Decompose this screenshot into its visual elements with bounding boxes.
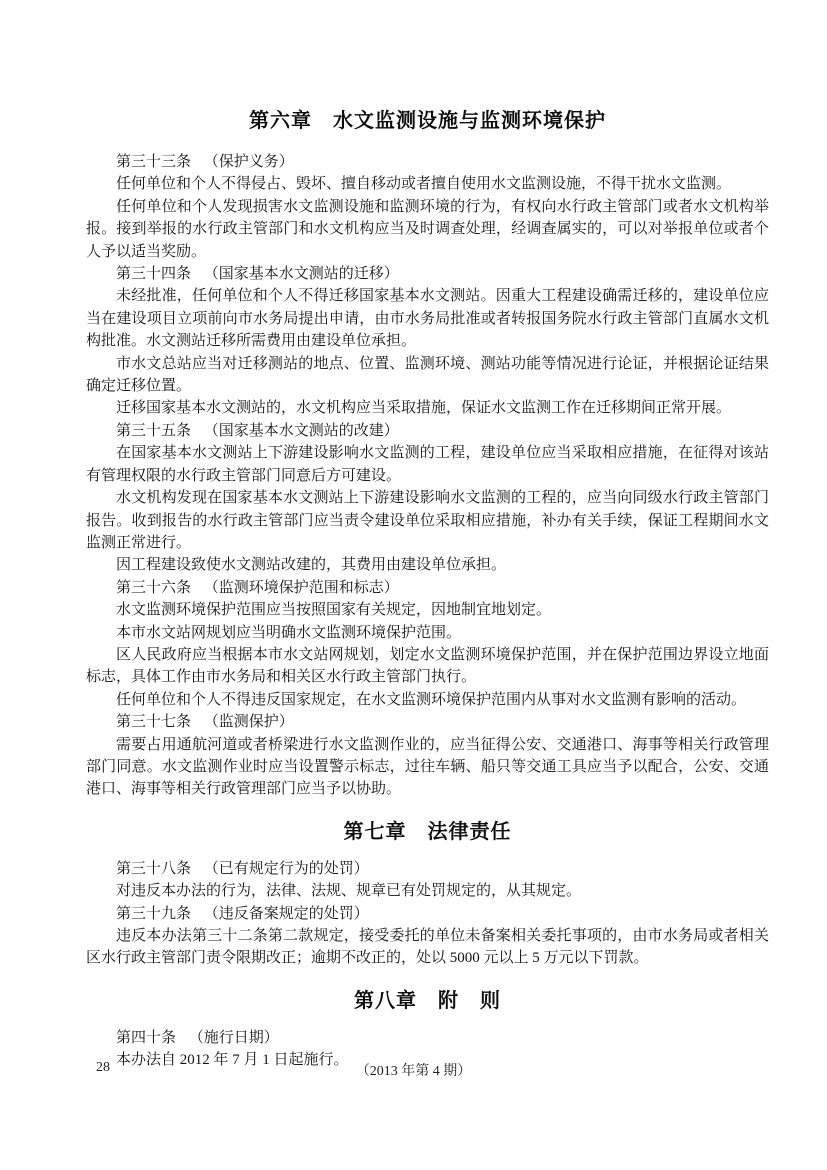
paragraph: 任何单位和个人不得违反国家规定，在水文监测环境保护范围内从事对水文监测有影响的活… — [86, 689, 769, 711]
chapter-7-title: 第七章 法律责任 — [86, 815, 769, 844]
article-number: 第四十条 — [116, 1030, 176, 1046]
article-subject: （监测环境保护范围和标志） — [204, 580, 399, 596]
article-number: 第三十五条 — [116, 423, 191, 439]
paragraph: 需要占用通航河道或者桥梁进行水文监测作业的，应当征得公安、交通港口、海事等相关行… — [86, 734, 769, 801]
paragraph: 违反本办法第三十二条第二款规定，接受委托的单位未备案相关委托事项的，由市水务局或… — [86, 925, 769, 970]
paragraph: 未经批准，任何单位和个人不得迁移国家基本水文测站。因重大工程建设确需迁移的，建设… — [86, 285, 769, 352]
article-heading: 第三十四条（国家基本水文测站的迁移） — [86, 263, 769, 285]
article-heading: 第四十条（施行日期） — [86, 1027, 769, 1049]
article-39: 第三十九条（违反备案规定的处罚） 违反本办法第三十二条第二款规定，接受委托的单位… — [86, 903, 769, 970]
paragraph: 任何单位和个人发现损害水文监测设施和监测环境的行为，有权向水行政主管部门或者水文… — [86, 196, 769, 263]
journal-issue: （2013 年第 4 期） — [0, 1060, 827, 1080]
article-number: 第三十六条 — [116, 580, 191, 596]
article-number: 第三十三条 — [116, 154, 191, 170]
article-number: 第三十四条 — [116, 266, 191, 282]
article-34: 第三十四条（国家基本水文测站的迁移） 未经批准，任何单位和个人不得迁移国家基本水… — [86, 263, 769, 420]
article-subject: （监测保护） — [204, 714, 294, 730]
document-page: 第六章 水文监测设施与监测环境保护 第三十三条（保护义务） 任何单位和个人不得侵… — [0, 0, 827, 1170]
article-number: 第三十八条 — [116, 861, 191, 877]
page-footer: 28 （2013 年第 4 期） — [0, 1060, 827, 1084]
paragraph: 因工程建设致使水文测站改建的，其费用由建设单位承担。 — [86, 554, 769, 576]
article-35: 第三十五条（国家基本水文测站的改建） 在国家基本水文测站上下游建设影响水文监测的… — [86, 420, 769, 577]
paragraph: 市水文总站应当对迁移测站的地点、位置、监测环境、测站功能等情况进行论证，并根据论… — [86, 353, 769, 398]
paragraph: 迁移国家基本水文测站的，水文机构应当采取措施，保证水文监测工作在迁移期间正常开展… — [86, 397, 769, 419]
article-subject: （国家基本水文测站的改建） — [204, 423, 399, 439]
article-heading: 第三十五条（国家基本水文测站的改建） — [86, 420, 769, 442]
paragraph: 对违反本办法的行为，法律、法规、规章已有处罚规定的，从其规定。 — [86, 880, 769, 902]
article-heading: 第三十九条（违反备案规定的处罚） — [86, 903, 769, 925]
article-37: 第三十七条（监测保护） 需要占用通航河道或者桥梁进行水文监测作业的，应当征得公安… — [86, 711, 769, 801]
article-heading: 第三十七条（监测保护） — [86, 711, 769, 733]
chapter-8-title: 第八章 附 则 — [86, 984, 769, 1013]
article-33: 第三十三条（保护义务） 任何单位和个人不得侵占、毁坏、擅自移动或者擅自使用水文监… — [86, 151, 769, 263]
paragraph: 区人民政府应当根据本市水文站网规划，划定水文监测环境保护范围，并在保护范围边界设… — [86, 644, 769, 689]
paragraph: 水文监测环境保护范围应当按照国家有关规定，因地制宜地划定。 — [86, 599, 769, 621]
paragraph: 水文机构发现在国家基本水文测站上下游建设影响水文监测的工程的，应当向同级水行政主… — [86, 487, 769, 554]
article-number: 第三十七条 — [116, 714, 191, 730]
paragraph: 在国家基本水文测站上下游建设影响水文监测的工程，建设单位应当采取相应措施，在征得… — [86, 442, 769, 487]
article-subject: （已有规定行为的处罚） — [204, 861, 369, 877]
paragraph: 任何单位和个人不得侵占、毁坏、擅自移动或者擅自使用水文监测设施，不得干扰水文监测… — [86, 173, 769, 195]
article-heading: 第三十六条（监测环境保护范围和标志） — [86, 577, 769, 599]
document-body: 第六章 水文监测设施与监测环境保护 第三十三条（保护义务） 任何单位和个人不得侵… — [86, 104, 769, 1072]
article-subject: （违反备案规定的处罚） — [204, 906, 369, 922]
paragraph: 本市水文站网规划应当明确水文监测环境保护范围。 — [86, 622, 769, 644]
article-36: 第三十六条（监测环境保护范围和标志） 水文监测环境保护范围应当按照国家有关规定，… — [86, 577, 769, 711]
article-subject: （保护义务） — [204, 154, 294, 170]
chapter-6-title: 第六章 水文监测设施与监测环境保护 — [86, 104, 769, 133]
article-number: 第三十九条 — [116, 906, 191, 922]
article-subject: （施行日期） — [189, 1030, 279, 1046]
article-heading: 第三十三条（保护义务） — [86, 151, 769, 173]
article-heading: 第三十八条（已有规定行为的处罚） — [86, 858, 769, 880]
article-subject: （国家基本水文测站的迁移） — [204, 266, 399, 282]
article-38: 第三十八条（已有规定行为的处罚） 对违反本办法的行为，法律、法规、规章已有处罚规… — [86, 858, 769, 903]
